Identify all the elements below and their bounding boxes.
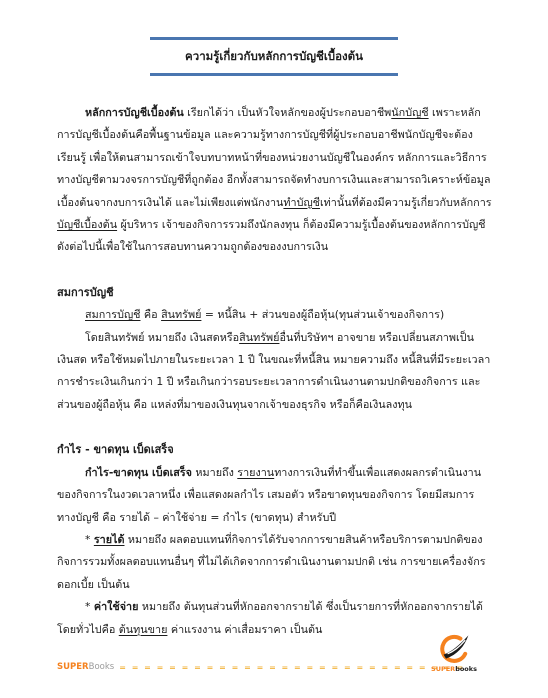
section-heading-profit-loss: กำไร - ขาดทุน เบ็ดเสร็จ xyxy=(57,439,492,461)
assets-definition-paragraph: โดยสินทรัพย์ หมายถึง เงินสดหรือสินทรัพย์… xyxy=(57,327,492,417)
footer-brand-super: SUPER xyxy=(57,662,89,672)
text-segment: ต้นทุนขาย xyxy=(119,623,168,636)
text-segment: หลักการบัญชีเบื้องต้น xyxy=(85,106,184,119)
document-title-block: ความรู้เกี่ยวกับหลักการบัญชีเบื้องต้น xyxy=(150,37,398,76)
text-segment: สินทรัพย์ xyxy=(239,331,279,344)
text-segment: ค่าใช้จ่าย xyxy=(94,600,139,613)
footer-brand-text: SUPERBooks xyxy=(57,662,114,672)
logo-text-books: books xyxy=(455,665,477,673)
text-segment: สินทรัพย์ xyxy=(161,308,201,321)
text-segment: ค่าแรงงาน ค่าเสื่อมราคา เป็นต้น xyxy=(167,623,322,636)
text-segment: * xyxy=(85,533,94,546)
footer-brand-books: Books xyxy=(89,662,115,672)
text-segment: รายได้ xyxy=(94,533,125,546)
text-segment: สมการบัญชี xyxy=(85,308,141,321)
footer-divider: = = = = = = = = = = = = = = = = = = = = … xyxy=(119,663,468,672)
text-segment: ผู้บริหาร เจ้าของกิจการรวมถึงนักลงทุน ก็… xyxy=(57,218,485,253)
superbooks-swoosh-icon xyxy=(438,633,470,665)
text-segment: ทำบัญชี xyxy=(283,196,320,209)
superbooks-logo: SUPERbooks xyxy=(430,633,478,673)
text-segment: = หนี้สิน + ส่วนของผู้ถือหุ้น(ทุนส่วนเจ้… xyxy=(201,308,444,321)
text-segment: คือ xyxy=(141,308,162,321)
section-heading-accounting-equation: สมการบัญชี xyxy=(57,282,492,304)
document-body: หลักการบัญชีเบื้องต้น เรียกได้ว่า เป็นหั… xyxy=(0,102,548,641)
text-segment: โดยสินทรัพย์ หมายถึง เงินสดหรือ xyxy=(85,331,239,344)
text-segment: * xyxy=(85,600,94,613)
logo-text-super: SUPER xyxy=(431,665,455,673)
page-title: ความรู้เกี่ยวกับหลักการบัญชีเบื้องต้น xyxy=(154,48,394,64)
revenue-definition-paragraph: * รายได้ หมายถึง ผลตอบแทนที่กิจการได้รับ… xyxy=(57,529,492,596)
text-segment: รายงาน xyxy=(237,466,274,479)
accounting-equation-paragraph: สมการบัญชี คือ สินทรัพย์ = หนี้สิน + ส่ว… xyxy=(57,304,492,326)
profit-loss-definition-paragraph: กำไร-ขาดทุน เบ็ดเสร็จ หมายถึง รายงานทางก… xyxy=(57,462,492,529)
text-segment: เพราะหลักการบัญชีเบื้องต้นคือพื้นฐานข้อม… xyxy=(57,106,491,209)
page-footer: SUPERBooks = = = = = = = = = = = = = = =… xyxy=(57,662,468,672)
document-page: ความรู้เกี่ยวกับหลักการบัญชีเบื้องต้น หล… xyxy=(0,0,548,698)
text-segment: กำไร-ขาดทุน เบ็ดเสร็จ xyxy=(85,466,192,479)
text-segment: เรียกได้ว่า เป็นหัวใจหลักของผู้ประกอบอาช… xyxy=(184,106,392,119)
text-segment: หมายถึง xyxy=(192,466,237,479)
text-segment: เท่านั้นที่ต้องมีความรู้เกี่ยวกับหลักการ xyxy=(320,196,492,209)
superbooks-logo-text: SUPERbooks xyxy=(430,665,478,673)
expense-definition-paragraph: * ค่าใช้จ่าย หมายถึง ต้นทุนส่วนที่หักออก… xyxy=(57,596,492,641)
text-segment: นักบัญชี xyxy=(391,106,428,119)
text-segment: บัญชีเบื้องต้น xyxy=(57,218,117,231)
intro-paragraph: หลักการบัญชีเบื้องต้น เรียกได้ว่า เป็นหั… xyxy=(57,102,492,259)
